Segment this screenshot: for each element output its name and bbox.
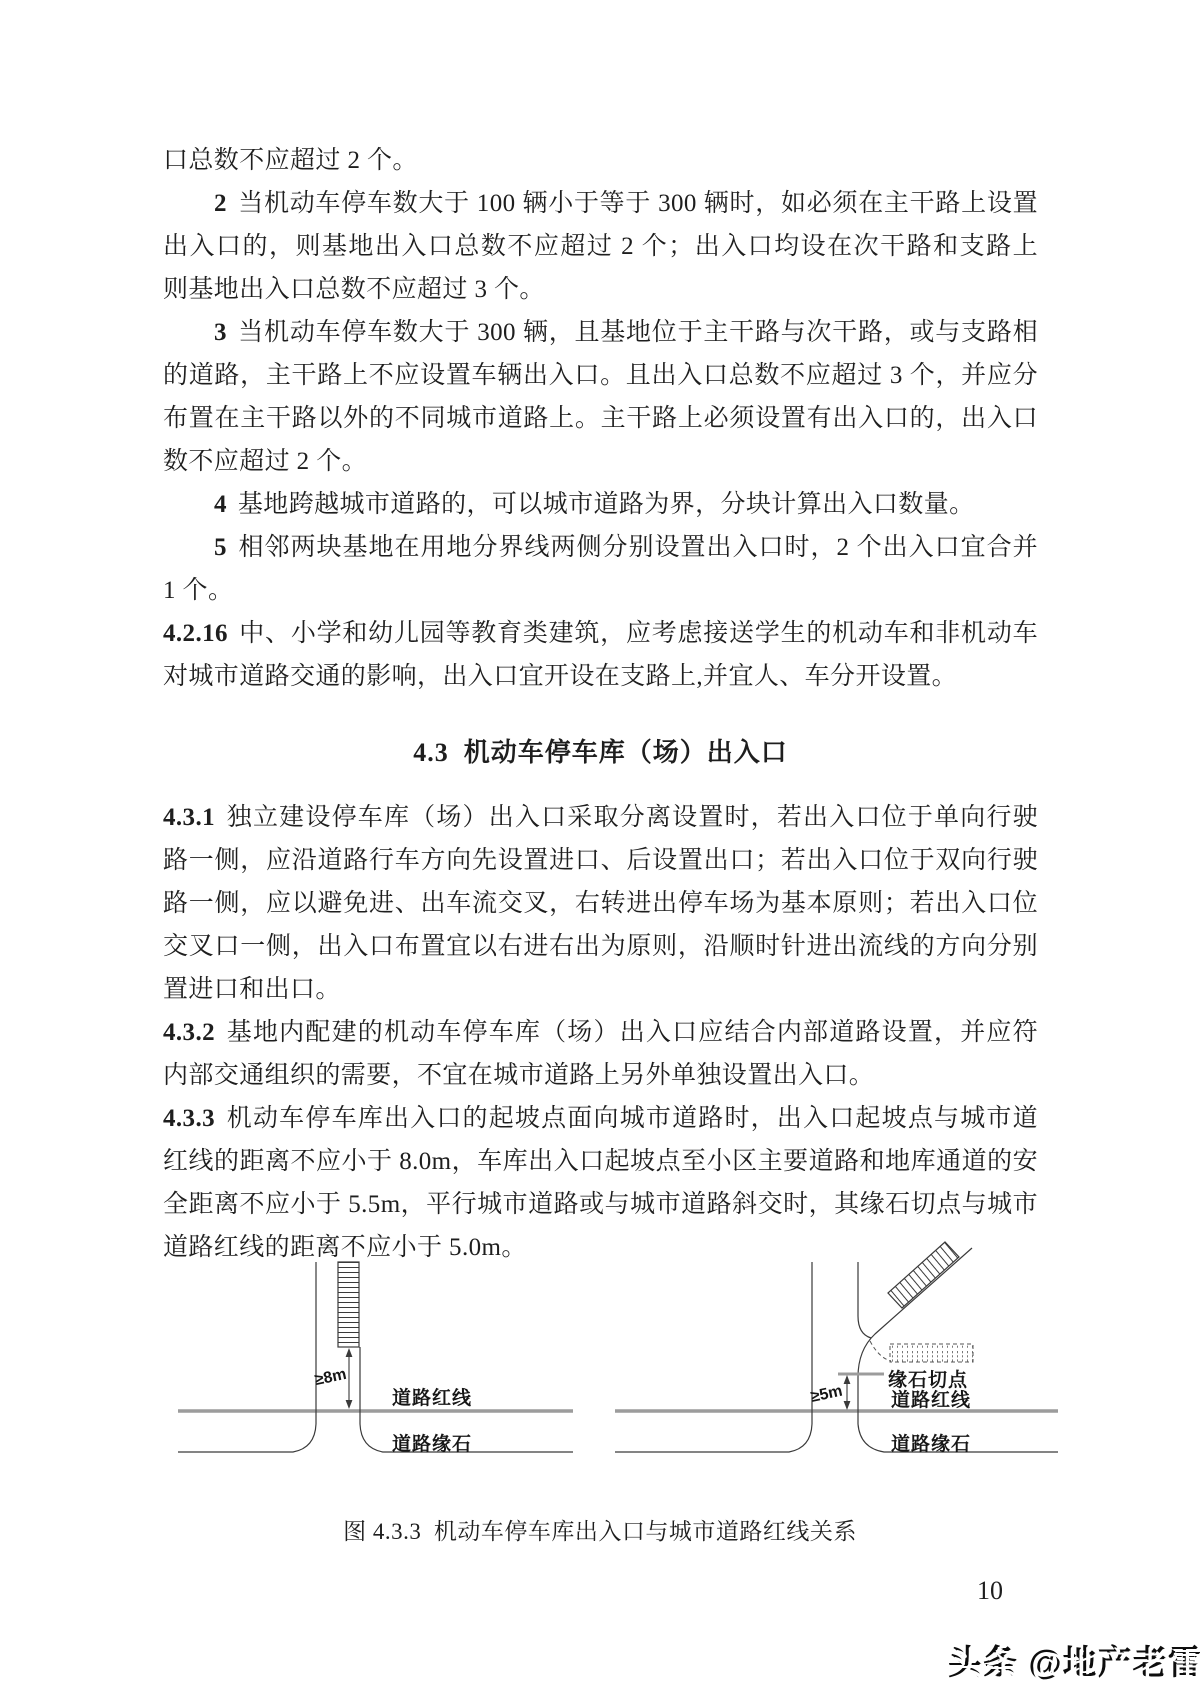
- line-text: 置进口和出口。: [163, 976, 341, 1003]
- line-text: 则基地出入口总数不应超过 3 个。: [163, 276, 545, 303]
- alternate-ramp-curve: [870, 1341, 891, 1361]
- driveway-edge-left: [178, 1262, 316, 1452]
- line-text: 机动车停车库出入口的起坡点面向城市道路时，出入口起坡点与城市道路: [163, 1105, 1038, 1140]
- line-text: 数不应超过 2 个。: [163, 448, 367, 475]
- line-text: 中、小学和幼儿园等教育类建筑，应考虑接送学生的机动车和非机动车: [239, 620, 1038, 647]
- text-line: 3当机动车停车数大于 300 辆，且基地位于主干路与次干路，或与支路相交: [163, 311, 1038, 354]
- line-text: 内部交通组织的需要，不宜在城市道路上另外单独设置出入口。: [163, 1062, 874, 1089]
- text-line: 5相邻两块基地在用地分界线两侧分别设置出入口时，2 个出入口宜合并为: [163, 526, 1038, 569]
- text-line: 路一侧，应以避免进、出车流交叉，右转进出停车场为基本原则；若出入口位于: [163, 882, 1038, 925]
- text-line: 对城市道路交通的影响，出入口宜开设在支路上,并宜人、车分开设置。: [163, 655, 1038, 698]
- text-line: 2当机动车停车数大于 100 辆小于等于 300 辆时，如必须在主干路上设置有: [163, 182, 1038, 225]
- curb-tangent-label: 缘石切点: [888, 1368, 968, 1391]
- line-text: 相邻两块基地在用地分界线两侧分别设置出入口时，2 个出入口宜合并为: [163, 534, 1038, 569]
- line-text: 独立建设停车库（场）出入口采取分离设置时，若出入口位于单向行驶道: [163, 804, 1038, 839]
- text-line: 口总数不应超过 2 个。: [163, 139, 1038, 182]
- alternate-ramp: [890, 1344, 973, 1362]
- line-text: 对城市道路交通的影响，出入口宜开设在支路上,并宜人、车分开设置。: [163, 663, 957, 690]
- arrowhead-down: [346, 1400, 353, 1409]
- line-text: 布置在主干路以外的不同城市道路上。主干路上必须设置有出入口的，出入口总: [163, 405, 1038, 440]
- text-line: 4基地跨越城市道路的，可以城市道路为界，分块计算出入口数量。: [163, 483, 1038, 526]
- line-text: 当机动车停车数大于 300 辆，且基地位于主干路与次干路，或与支路相交: [163, 319, 1038, 354]
- redline-label: 道路红线: [891, 1388, 971, 1411]
- line-text: 路一侧，应沿道路行车方向先设置进口、后设置出口；若出入口位于双向行驶道: [163, 847, 1038, 882]
- arrowhead-up: [346, 1348, 353, 1357]
- text-line: 红线的距离不应小于 8.0m，车库出入口起坡点至小区主要道路和地库通道的安: [163, 1140, 1038, 1183]
- clause-number: 4.3.1: [163, 804, 215, 831]
- clause-number: 2: [214, 190, 227, 217]
- curb-label: 道路缘石: [891, 1432, 971, 1455]
- page-number: 10: [960, 1576, 1020, 1606]
- text-line: 1 个。: [163, 569, 1038, 612]
- left-diagram: ≥8m 道路红线 道路缘石: [178, 1262, 573, 1455]
- text-line: 4.3.1独立建设停车库（场）出入口采取分离设置时，若出入口位于单向行驶道: [163, 796, 1038, 839]
- clause-number: 5: [214, 534, 227, 561]
- line-text: 基地跨越城市道路的，可以城市道路为界，分块计算出入口数量。: [238, 491, 975, 518]
- ramp-hatch: [338, 1262, 359, 1347]
- arrowhead-down: [844, 1401, 851, 1410]
- clause-number: 3: [214, 319, 227, 346]
- text-line: 全距离不应小于 5.5m，平行城市道路或与城市道路斜交时，其缘石切点与城市: [163, 1183, 1038, 1226]
- text-line: 内部交通组织的需要，不宜在城市道路上另外单独设置出入口。: [163, 1054, 1038, 1097]
- watermark-highlight: 头条 @地产老雷: [951, 1641, 1200, 1691]
- line-text: 口总数不应超过 2 个。: [163, 147, 418, 174]
- clause-number: 4.2.16: [163, 620, 228, 647]
- text-line: 则基地出入口总数不应超过 3 个。: [163, 268, 1038, 311]
- figure-4-3-3: ≥8m 道路红线 道路缘石 ≥5m 缘石切点 道路红线 道路缘石: [150, 1232, 1100, 1477]
- arrowhead-up: [844, 1375, 851, 1384]
- curb-label: 道路缘石: [392, 1432, 472, 1455]
- line-text: 的道路，主干路上不应设置车辆出入口。且出入口总数不应超过 3 个，并应分别: [163, 362, 1038, 397]
- text-line: 4.2.16中、小学和幼儿园等教育类建筑，应考虑接送学生的机动车和非机动车: [163, 612, 1038, 655]
- text-line: 置进口和出口。: [163, 968, 1038, 1011]
- text-line: 数不应超过 2 个。: [163, 440, 1038, 483]
- figure-caption: 图 4.3.3 机动车停车库出入口与城市道路红线关系: [0, 1513, 1200, 1546]
- clause-number: 4.3.2: [163, 1019, 215, 1046]
- driveway-edge-left: [615, 1262, 812, 1452]
- line-text: 红线的距离不应小于 8.0m，车库出入口起坡点至小区主要道路和地库通道的安: [163, 1148, 1038, 1175]
- text-line: 4.3.2基地内配建的机动车停车库（场）出入口应结合内部道路设置，并应符合: [163, 1011, 1038, 1054]
- line-text: 路一侧，应以避免进、出车流交叉，右转进出停车场为基本原则；若出入口位于: [163, 890, 1038, 925]
- text-line: 的道路，主干路上不应设置车辆出入口。且出入口总数不应超过 3 个，并应分别: [163, 354, 1038, 397]
- text-line: 布置在主干路以外的不同城市道路上。主干路上必须设置有出入口的，出入口总: [163, 397, 1038, 440]
- text-line: 交叉口一侧，出入口布置宜以右进右出为原则，沿顺时针进出流线的方向分别设: [163, 925, 1038, 968]
- line-text: 基地内配建的机动车停车库（场）出入口应结合内部道路设置，并应符合: [163, 1019, 1038, 1054]
- text-line: 4.3.3机动车停车库出入口的起坡点面向城市道路时，出入口起坡点与城市道路: [163, 1097, 1038, 1140]
- dimension-label: ≥8m: [313, 1366, 348, 1389]
- body-text: 口总数不应超过 2 个。 2当机动车停车数大于 100 辆小于等于 300 辆时…: [163, 139, 1038, 1269]
- clause-number: 4: [214, 491, 227, 518]
- diagonal-ramp-hatch: [888, 1242, 959, 1308]
- line-text: 出入口的，则基地出入口总数不应超过 2 个；出入口均设在次干路和支路上的，: [163, 233, 1038, 268]
- document-page: 口总数不应超过 2 个。 2当机动车停车数大于 100 辆小于等于 300 辆时…: [0, 0, 1200, 1704]
- section-heading: 4.3 机动车停车库（场）出入口: [163, 731, 1038, 775]
- right-diagram: ≥5m 缘石切点 道路红线 道路缘石: [615, 1242, 1058, 1455]
- line-text: 交叉口一侧，出入口布置宜以右进右出为原则，沿顺时针进出流线的方向分别设: [163, 933, 1038, 968]
- text-line: 路一侧，应沿道路行车方向先设置进口、后设置出口；若出入口位于双向行驶道: [163, 839, 1038, 882]
- text-line: 出入口的，则基地出入口总数不应超过 2 个；出入口均设在次干路和支路上的，: [163, 225, 1038, 268]
- watermark: 头条 @地产老雷 头条 @地产老雷: [948, 1638, 1200, 1692]
- line-text: 当机动车停车数大于 100 辆小于等于 300 辆时，如必须在主干路上设置有: [163, 190, 1038, 225]
- driveway-hook-edge: [858, 1262, 871, 1338]
- line-text: 1 个。: [163, 577, 233, 604]
- dimension-label: ≥5m: [809, 1383, 844, 1406]
- line-text: 全距离不应小于 5.5m，平行城市道路或与城市道路斜交时，其缘石切点与城市: [163, 1191, 1038, 1218]
- clause-number: 4.3.3: [163, 1105, 215, 1132]
- redline-label: 道路红线: [392, 1386, 472, 1409]
